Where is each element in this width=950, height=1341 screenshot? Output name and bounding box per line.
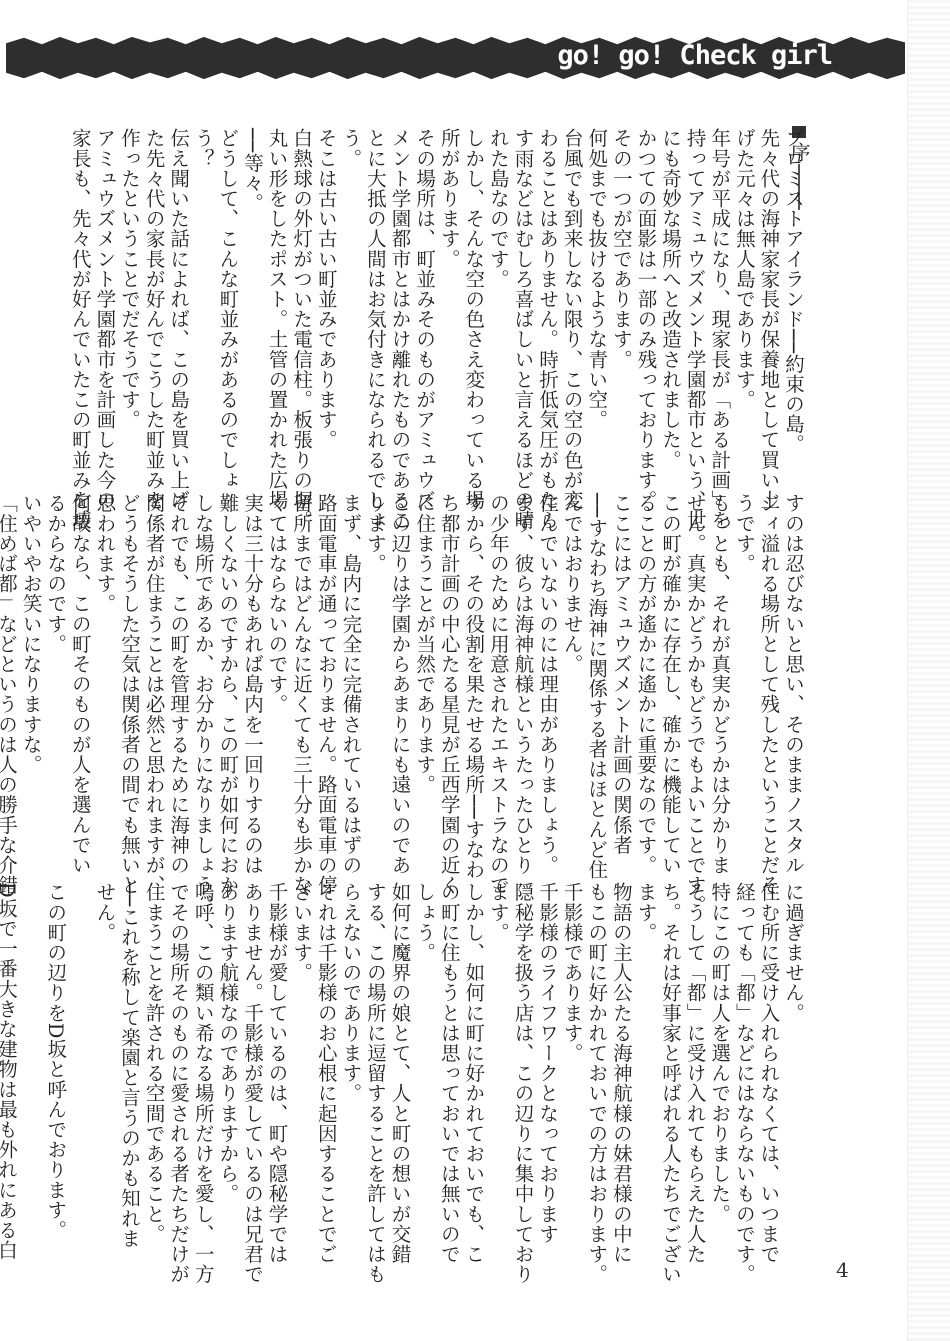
page-number: 4 [836,1258,849,1282]
text-line: 先々代の海神家家長が保養地として買い上 [756,128,781,473]
text-line: うです。 [731,493,756,858]
text-line: 物語の主人公たる海神航様の妹君様の中に [608,882,633,1247]
text-tier-2: すのは忍びないと思い、そのままノスタルジィ溢れる場所として残したということだそう… [0,493,805,858]
text-line: しかし、そんな空の色さえ変わっている場 [461,128,486,473]
text-line: らえないのであります。 [338,882,363,1247]
text-line: いやいやお笑いになりますな。 [18,493,43,858]
header-title: go! go! Check girl [557,40,832,71]
text-line: ジィ溢れる場所として残したということだそ [756,493,781,858]
text-line: この辺りは学園からあまりにも遠いのであ [387,493,412,858]
text-line: ──すなわち海神に関係する者はほとんど住 [584,493,609,858]
text-line: 思われます。 [92,493,117,858]
text-line: 千影様のライフワークとなっております [534,882,559,1247]
text-line: 千影様であります。 [559,882,584,1247]
text-line: まず、彼らは海神航様というたったひとり [510,493,535,858]
text-line [67,882,92,1247]
text-line: あります航様なのでありますから。 [215,882,240,1247]
text-line: メント学園都市とはかけ離れたものであるこ [387,128,412,473]
text-line: それでも、この町を管理するために海神の [166,493,191,858]
text-line: そこは古い古い町並みであります。 [313,128,338,473]
text-line: ります。 [362,493,387,858]
text-line: の少年のために用意されたエキストラなので [485,493,510,858]
text-line: それは千影様のお心根に起因することでご [313,882,338,1247]
text-line: そうして「都」に受け入れてもらえた人た [682,882,707,1247]
text-line: せん。 [92,882,117,1247]
text-line: この町が確かに存在し、確かに機能してい [657,493,682,858]
text-line: ます。 [633,882,658,1247]
text-line: 千影様が愛しているのは、町や隠秘学では [264,882,289,1247]
text-line: 難しくないのですから、この町が如何におか [215,493,240,858]
text-line: にも奇妙な場所へと改造されました。 [657,128,682,473]
text-line: プロミストアイランド──約束の島。 [780,128,805,473]
text-line: わることはありません。時折低気圧がもたら [534,128,559,473]
text-line: に過ぎません。 [780,882,805,1247]
text-line: しかし、如何に町に好かれておいでも、こ [461,882,486,1247]
text-line: に住まうことが当然であります。 [412,493,437,858]
text-line: ることの方が遙かに遙かに重要なのです。 [633,493,658,858]
page-edge-scan-artifact [907,0,950,1341]
text-line: 関係者が住まうことは必然と思われますが、 [141,493,166,858]
text-line: 所があります。 [436,128,461,473]
text-line: ます。 [485,882,510,1247]
text-line: 丸い形をしたポスト。土管の置かれた広場 [264,128,289,473]
text-line: ち都市計画の中心たる星見が丘西学園の近く [436,493,461,858]
text-line: 伝え聞いた話によれば、この島を買い上げ [166,128,191,473]
text-line: でその場所そのものに愛される者たちだけが [166,882,191,1247]
text-line: た先々代の家長が好んでこうした町並みを [141,128,166,473]
text-line: すから、その役割を果たせる場所──すなわ [461,493,486,858]
text-line: 作ったということでだそうです。 [116,128,141,473]
text-line: 経っても「都」などにはならないものです。 [731,882,756,1247]
text-line: れた島なのです。 [485,128,510,473]
text-line: う？ [190,128,215,473]
text-line: 何処までも抜けるような青い空。 [584,128,609,473]
text-line: ──これを称して楽園と言うのかも知れま [116,882,141,1247]
text-line: 如何に魔界の娘とて、人と町の想いが交錯 [387,882,412,1247]
text-line: ざいます。 [289,882,314,1247]
text-line: 住まうことを許される空間であること。 [141,882,166,1247]
text-tier-1: プロミストアイランド──約束の島。先々代の海神家家長が保養地として買い上げた元々… [67,128,805,473]
text-line: 家長も、先々代が好んでいたこの町並みを壊 [67,128,92,473]
text-line: D坂で一番大きな建物は最も外れにある白 [0,882,18,1247]
text-line: この町の辺りをD坂と呼んでおります。 [43,882,68,1247]
text-line: 持ってアミュウズメント学園都市という、世 [682,128,707,473]
text-line: 住む所に受け入れられなくては、いつまで [756,882,781,1247]
text-line: どうもそうした空気は関係者の間でも無いと [116,493,141,858]
text-line: アミュウズメント学園都市を計画した今の [92,128,117,473]
text-line: かつての面影は一部のみ残っております。 [633,128,658,473]
text-line: ありません。千影様が愛しているのは兄君で [239,882,264,1247]
text-line: ここにはアミュウズメント計画の関係者 [608,493,633,858]
text-line: 「住めば都」などというのは人の勝手な介錯 [0,493,18,858]
text-line: もこの町に好かれておいでの方はおります。 [584,882,609,1247]
text-line: 白熱球の外灯がついた電信柱。板張りの塀。 [289,128,314,473]
text-line: う。 [338,128,363,473]
text-line: くてはならないのです。 [264,493,289,858]
text-line: とに大抵の人間はお気付きになられるでしょ [362,128,387,473]
text-line: 何故なら、この町そのものが人を選んでい [67,493,92,858]
text-line: まず、島内に完全に完備されているはずの [338,493,363,858]
text-line: るからなのです。 [43,493,68,858]
text-line: 年号が平成になり、現家長が「ある計画」を [707,128,732,473]
text-tier-3: に過ぎません。住む所に受け入れられなくては、いつまで経っても「都」などにはならな… [0,882,805,1247]
text-line: ち。それは好事家と呼ばれる人たちでござい [657,882,682,1247]
text-line: どうして、こんな町並みがあるのでしょ [215,128,240,473]
text-line: もっとも、それが真実かどうかは分かりま [707,493,732,858]
text-line: げた元々は無人島であります。 [731,128,756,473]
text-line: 嗚呼、この類い希なる場所だけを愛し、一方 [190,882,215,1247]
text-line: ──等々。 [239,128,264,473]
text-line: すのは忍びないと思い、そのままノスタル [780,493,805,858]
text-line: 隠秘学を扱う店は、この辺りに集中しており [510,882,535,1247]
text-line: しな場所であるか、お分かりになりましょう。 [190,493,215,858]
text-line: その場所は、町並みそのものがアミュウズ [412,128,437,473]
text-line: んではおりません。 [559,493,584,858]
text-line: 特にこの町は人を選んでおりました。 [707,882,732,1247]
text-line: 路面電車が通っておりません。路面電車の停 [313,493,338,858]
text-line: せん。真実かどうかもどうでもよいことです。 [682,493,707,858]
text-line: 住んでいないのには理由がありましょう。 [534,493,559,858]
text-line: その一つが空であります。 [608,128,633,473]
text-line: する、この場所に逗留することを許してはも [362,882,387,1247]
text-line [18,882,43,1247]
text-line: す雨などはむしろ喜ばしいと言えるほどの晴 [510,128,535,473]
text-line: 実は三十分もあれば島内を一回りするのは [239,493,264,858]
text-line: 留所まではどんなに近くても三十分も歩かな [289,493,314,858]
text-line: 台風でも到来しない限り、この空の色が変 [559,128,584,473]
text-line: しょう。 [412,882,437,1247]
text-line: の町に住もうとは思っておいでは無いので [436,882,461,1247]
